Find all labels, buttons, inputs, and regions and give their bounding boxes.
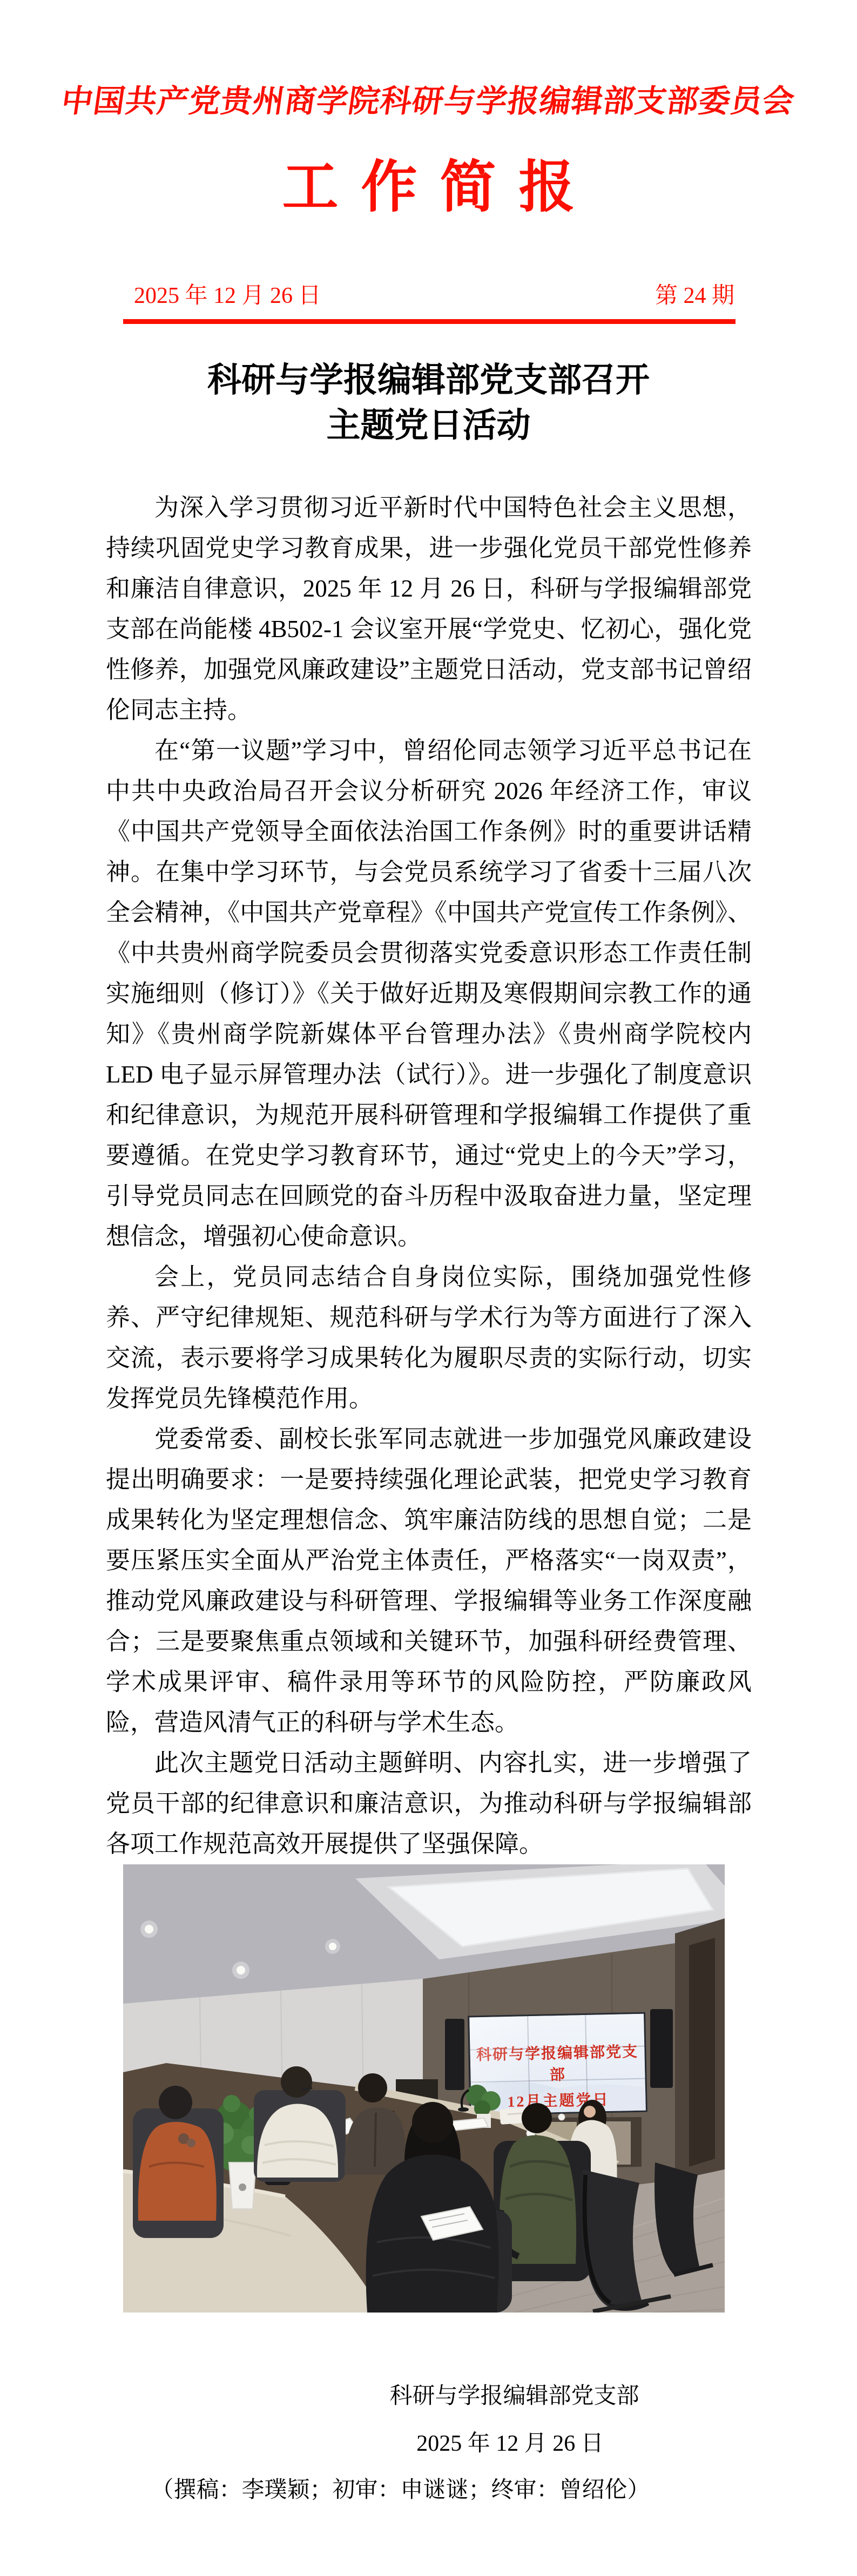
issue-info-row: 2025 年 12 月 26 日 第 24 期 bbox=[134, 278, 734, 310]
issue-date: 2025 年 12 月 26 日 bbox=[134, 278, 321, 310]
meeting-photo: 科研与学报编辑部党支部 12月主题党日 2025年12月26日 bbox=[123, 1864, 725, 2313]
foreground-chairs bbox=[582, 2162, 713, 2311]
footer-credits: （撰稿：李璞颖；初审：申谜谜；终审：曾绍伦） bbox=[0, 2472, 829, 2504]
paragraph: 此次主题党日活动主题鲜明、内容扎实，进一步增强了党员干部的纪律意识和廉洁意识，为… bbox=[106, 1743, 752, 1864]
footer-date: 2025 年 12 月 26 日 bbox=[82, 2425, 857, 2458]
paragraph: 会上，党员同志结合自身岗位实际，围绕加强党性修养、严守纪律规矩、规范科研与学术行… bbox=[106, 1257, 752, 1419]
article-title-line1: 科研与学报编辑部党支部召开 bbox=[0, 357, 857, 403]
masthead-title: 工 作 简 报 bbox=[0, 141, 857, 222]
paragraph: 为深入学习贯彻习近平新时代中国特色社会主义思想，持续巩固党史学习教育成果，进一步… bbox=[106, 488, 752, 731]
article-body: 为深入学习贯彻习近平新时代中国特色社会主义思想，持续巩固党史学习教育成果，进一步… bbox=[106, 488, 752, 1864]
article-title-line2: 主题党日活动 bbox=[0, 403, 857, 448]
footer-signature: 科研与学报编辑部党支部 bbox=[86, 2378, 857, 2410]
paragraph: 在“第一议题”学习中，曾绍伦同志领学习近平总书记在中共中央政治局召开会议分析研究… bbox=[106, 731, 752, 1257]
person-orange-jacket bbox=[133, 2086, 224, 2238]
divider-rule bbox=[123, 319, 735, 324]
paragraph: 党委常委、副校长张军同志就进一步加强党风廉政建设提出明确要求：一是要持续强化理论… bbox=[106, 1419, 752, 1743]
org-title: 中国共产党贵州商学院科研与学报编辑部支部委员会 bbox=[0, 76, 857, 121]
article-title: 科研与学报编辑部党支部召开 主题党日活动 bbox=[0, 357, 857, 448]
issue-number: 第 24 期 bbox=[655, 278, 734, 310]
room-foreground bbox=[123, 1864, 725, 2313]
